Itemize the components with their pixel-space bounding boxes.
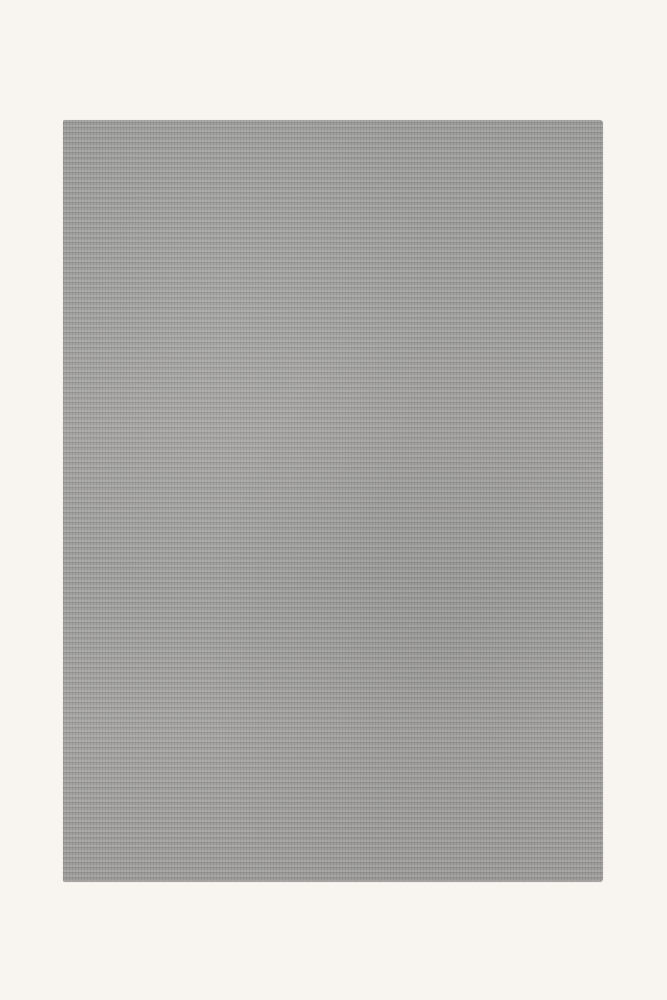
woven-rug-photo xyxy=(63,120,603,882)
